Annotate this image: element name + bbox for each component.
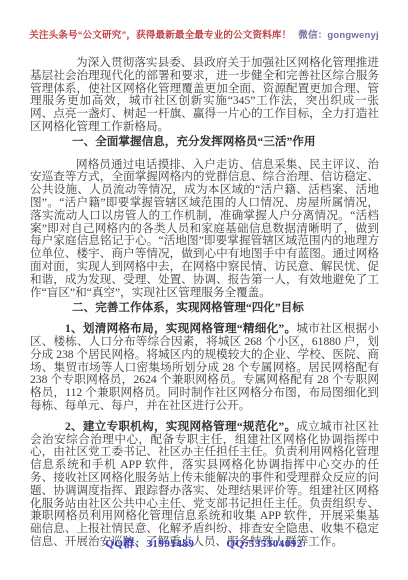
promo-banner: 关注头条号“公文研究”，获得最新最全最专业的公文资料库！微信：gongwenyj <box>0 0 408 41</box>
numbered-paragraph-1: 1、划清网格布局，实现网格管理“精细化”。城市社区根据小区、楼栋、人口分布等综合… <box>30 323 379 413</box>
section-heading-2: 二、完善工作体系，实现网格管理“四化”目标 <box>30 302 379 315</box>
section-1-paragraph: 网格员通过电话摸排、入户走访、信息采集、民主评议、治安巡查等方式，全面掌握网格内… <box>30 159 379 300</box>
qq-group-number: QQ群：31991489 <box>105 538 194 550</box>
numbered-paragraph-2-body: 成立城市社区社会治安综合治理中心，配备专职主任，组建社区网格化协调指挥中心，由社… <box>30 420 379 548</box>
numbered-paragraph-1-body: 城市社区根据小区、楼栋、人口分布等综合因素，将城区 268 个小区，61880 … <box>30 322 379 412</box>
wechat-contact: 微信：gongwenyj <box>298 30 379 41</box>
intro-paragraph: 为深入贯彻落实县委、县政府关于加强社区网格化管理推进基层社会治理现代化的部署和要… <box>30 57 379 134</box>
promo-text: 关注头条号“公文研究”，获得最新最全最专业的公文资料库！ <box>29 30 291 41</box>
document-body: 为深入贯彻落实县委、县政府关于加强社区网格化管理推进基层社会治理现代化的部署和要… <box>30 57 379 549</box>
numbered-paragraph-1-lead: 1、划清网格布局，实现网格管理“精细化”。 <box>65 322 296 335</box>
footer-contact: QQ群：31991489QQ:535304092 <box>0 535 408 551</box>
document-page: 关注头条号“公文研究”，获得最新最全最专业的公文资料库！微信：gongwenyj… <box>0 0 408 580</box>
numbered-paragraph-2-lead: 2、建立专职机构，实现网格管理“规范化”。 <box>65 420 296 433</box>
numbered-paragraph-2: 2、建立专职机构，实现网格管理“规范化”。成立城市社区社会治安综合治理中心，配备… <box>30 421 379 549</box>
section-heading-1: 一、全面掌握信息，充分发挥网格员“三活”作用 <box>30 136 379 149</box>
qq-number: QQ:535304092 <box>226 538 302 550</box>
